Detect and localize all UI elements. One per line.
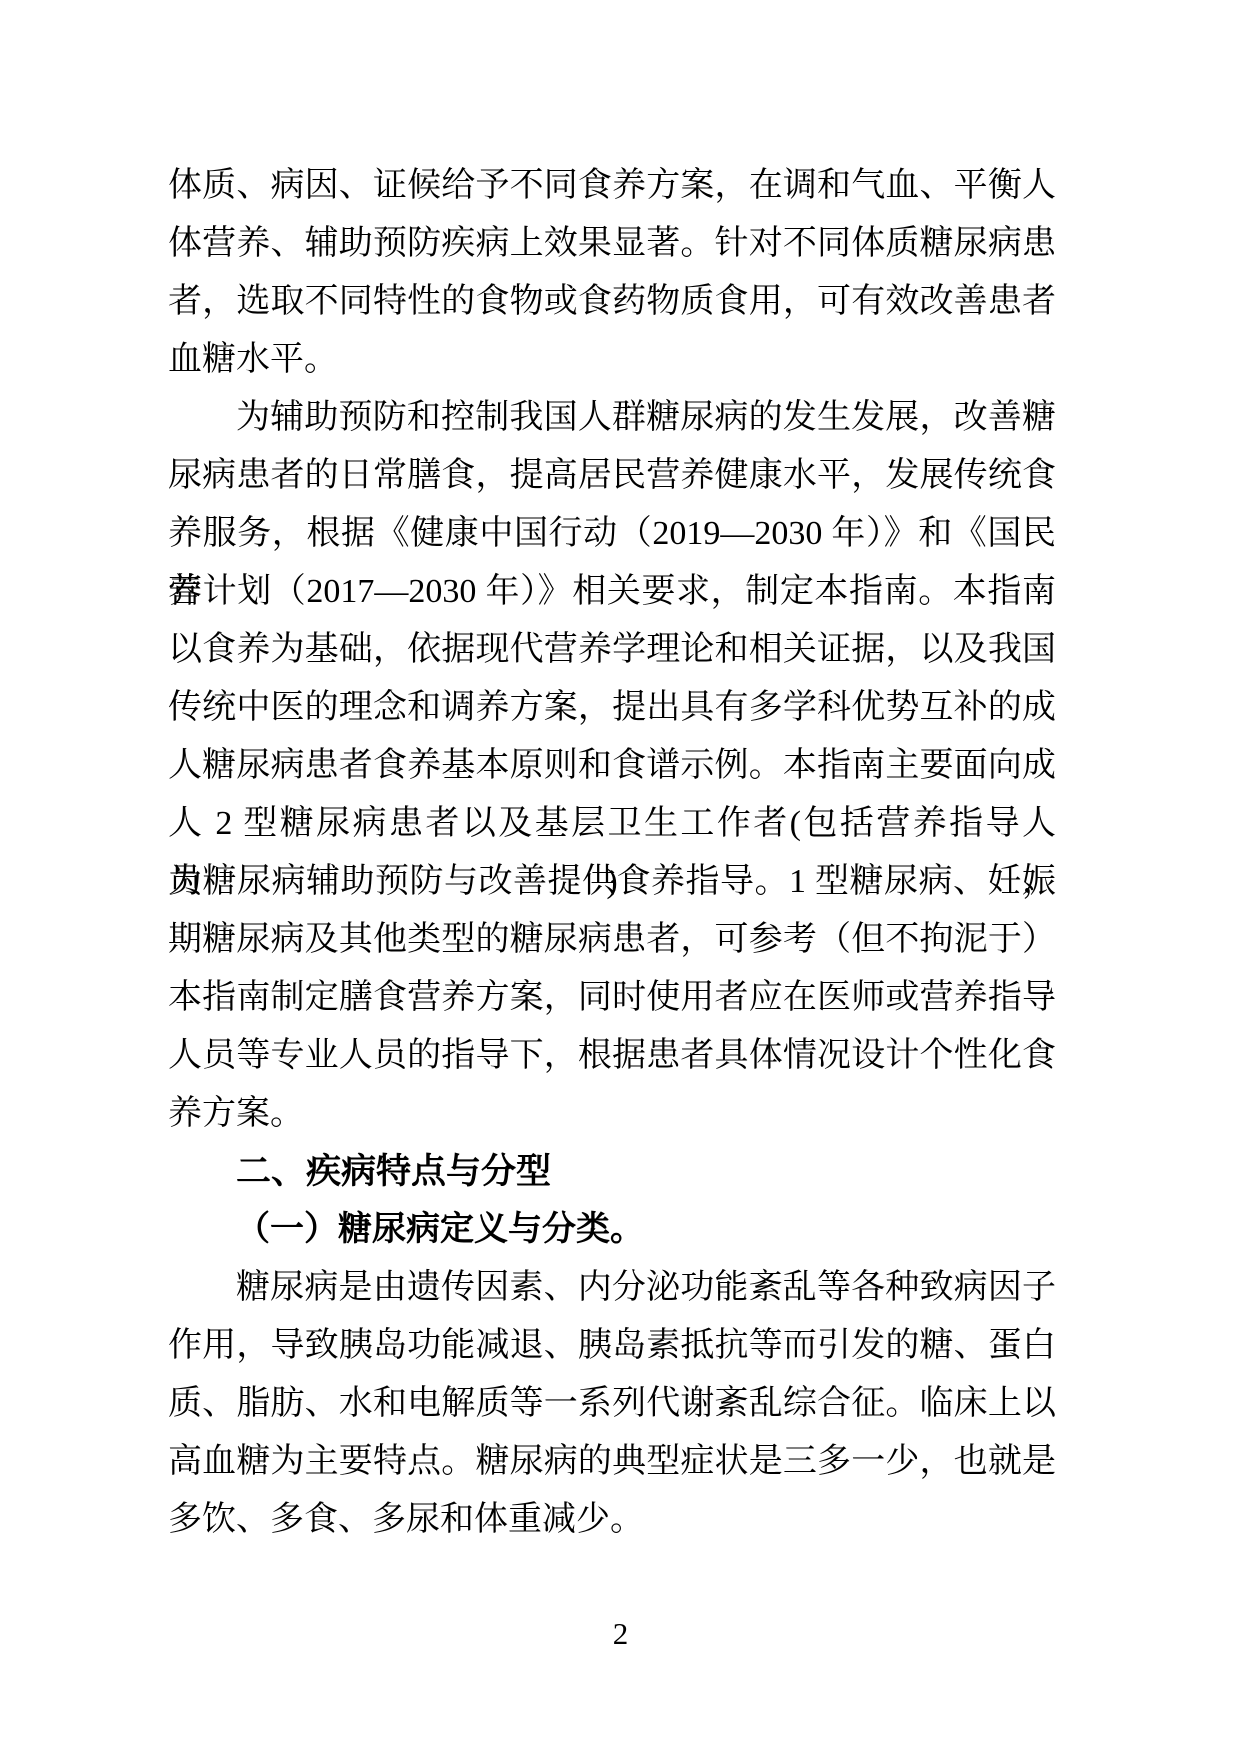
text-line: 者，选取不同特性的食物或食药物质食用，可有效改善患者 [168,273,1056,331]
text-line: 为糖尿病辅助预防与改善提供食养指导。1 型糖尿病、妊娠 [168,853,1056,911]
page-content: 体质、病因、证候给予不同食养方案，在调和气血、平衡人体营养、辅助预防疾病上效果显… [168,157,1056,1549]
text-line: 以食养为基础，依据现代营养学理论和相关证据，以及我国 [168,621,1056,679]
text-line: 期糖尿病及其他类型的糖尿病患者，可参考（但不拘泥于） [168,911,1056,969]
text-line: 为辅助预防和控制我国人群糖尿病的发生发展，改善糖 [168,389,1056,447]
para-diabetes-definition: 糖尿病是由遗传因素、内分泌功能紊乱等各种致病因子作用，导致胰岛功能减退、胰岛素抵… [168,1259,1056,1549]
text-line: 传统中医的理念和调养方案，提出具有多学科优势互补的成 [168,679,1056,737]
text-line: （一）糖尿病定义与分类。 [168,1201,1056,1259]
subsection-heading-definition-classification: （一）糖尿病定义与分类。 [168,1201,1056,1259]
section-heading-disease-features: 二、疾病特点与分型 [168,1143,1056,1201]
text-line: 质、脂肪、水和电解质等一系列代谢紊乱综合征。临床上以 [168,1375,1056,1433]
text-line: 人 2 型糖尿病患者以及基层卫生工作者(包括营养指导人员)， [168,795,1056,853]
text-line: 体质、病因、证候给予不同食养方案，在调和气血、平衡人 [168,157,1056,215]
text-line: 养方案。 [168,1085,1056,1143]
page-number: 2 [0,1614,1241,1654]
text-line: 尿病患者的日常膳食，提高居民营养健康水平，发展传统食 [168,447,1056,505]
text-line: 高血糖为主要特点。糖尿病的典型症状是三多一少，也就是 [168,1433,1056,1491]
para-continued-from-previous-page: 体质、病因、证候给予不同食养方案，在调和气血、平衡人体营养、辅助预防疾病上效果显… [168,157,1056,389]
text-line: 多饮、多食、多尿和体重减少。 [168,1491,1056,1549]
text-line: 本指南制定膳食营养方案，同时使用者应在医师或营养指导 [168,969,1056,1027]
document-page: 体质、病因、证候给予不同食养方案，在调和气血、平衡人体营养、辅助预防疾病上效果显… [0,0,1241,1755]
text-line: 人员等专业人员的指导下，根据患者具体情况设计个性化食 [168,1027,1056,1085]
text-line: 人糖尿病患者食养基本原则和食谱示例。本指南主要面向成 [168,737,1056,795]
text-line: 血糖水平。 [168,331,1056,389]
text-line: 养计划（2017—2030 年）》相关要求，制定本指南。本指南 [168,563,1056,621]
text-line: 二、疾病特点与分型 [168,1143,1056,1201]
text-line: 养服务，根据《健康中国行动（2019—2030 年）》和《国民营 [168,505,1056,563]
text-line: 糖尿病是由遗传因素、内分泌功能紊乱等各种致病因子 [168,1259,1056,1317]
para-guideline-purpose: 为辅助预防和控制我国人群糖尿病的发生发展，改善糖尿病患者的日常膳食，提高居民营养… [168,389,1056,1143]
text-line: 作用，导致胰岛功能减退、胰岛素抵抗等而引发的糖、蛋白 [168,1317,1056,1375]
text-line: 体营养、辅助预防疾病上效果显著。针对不同体质糖尿病患 [168,215,1056,273]
